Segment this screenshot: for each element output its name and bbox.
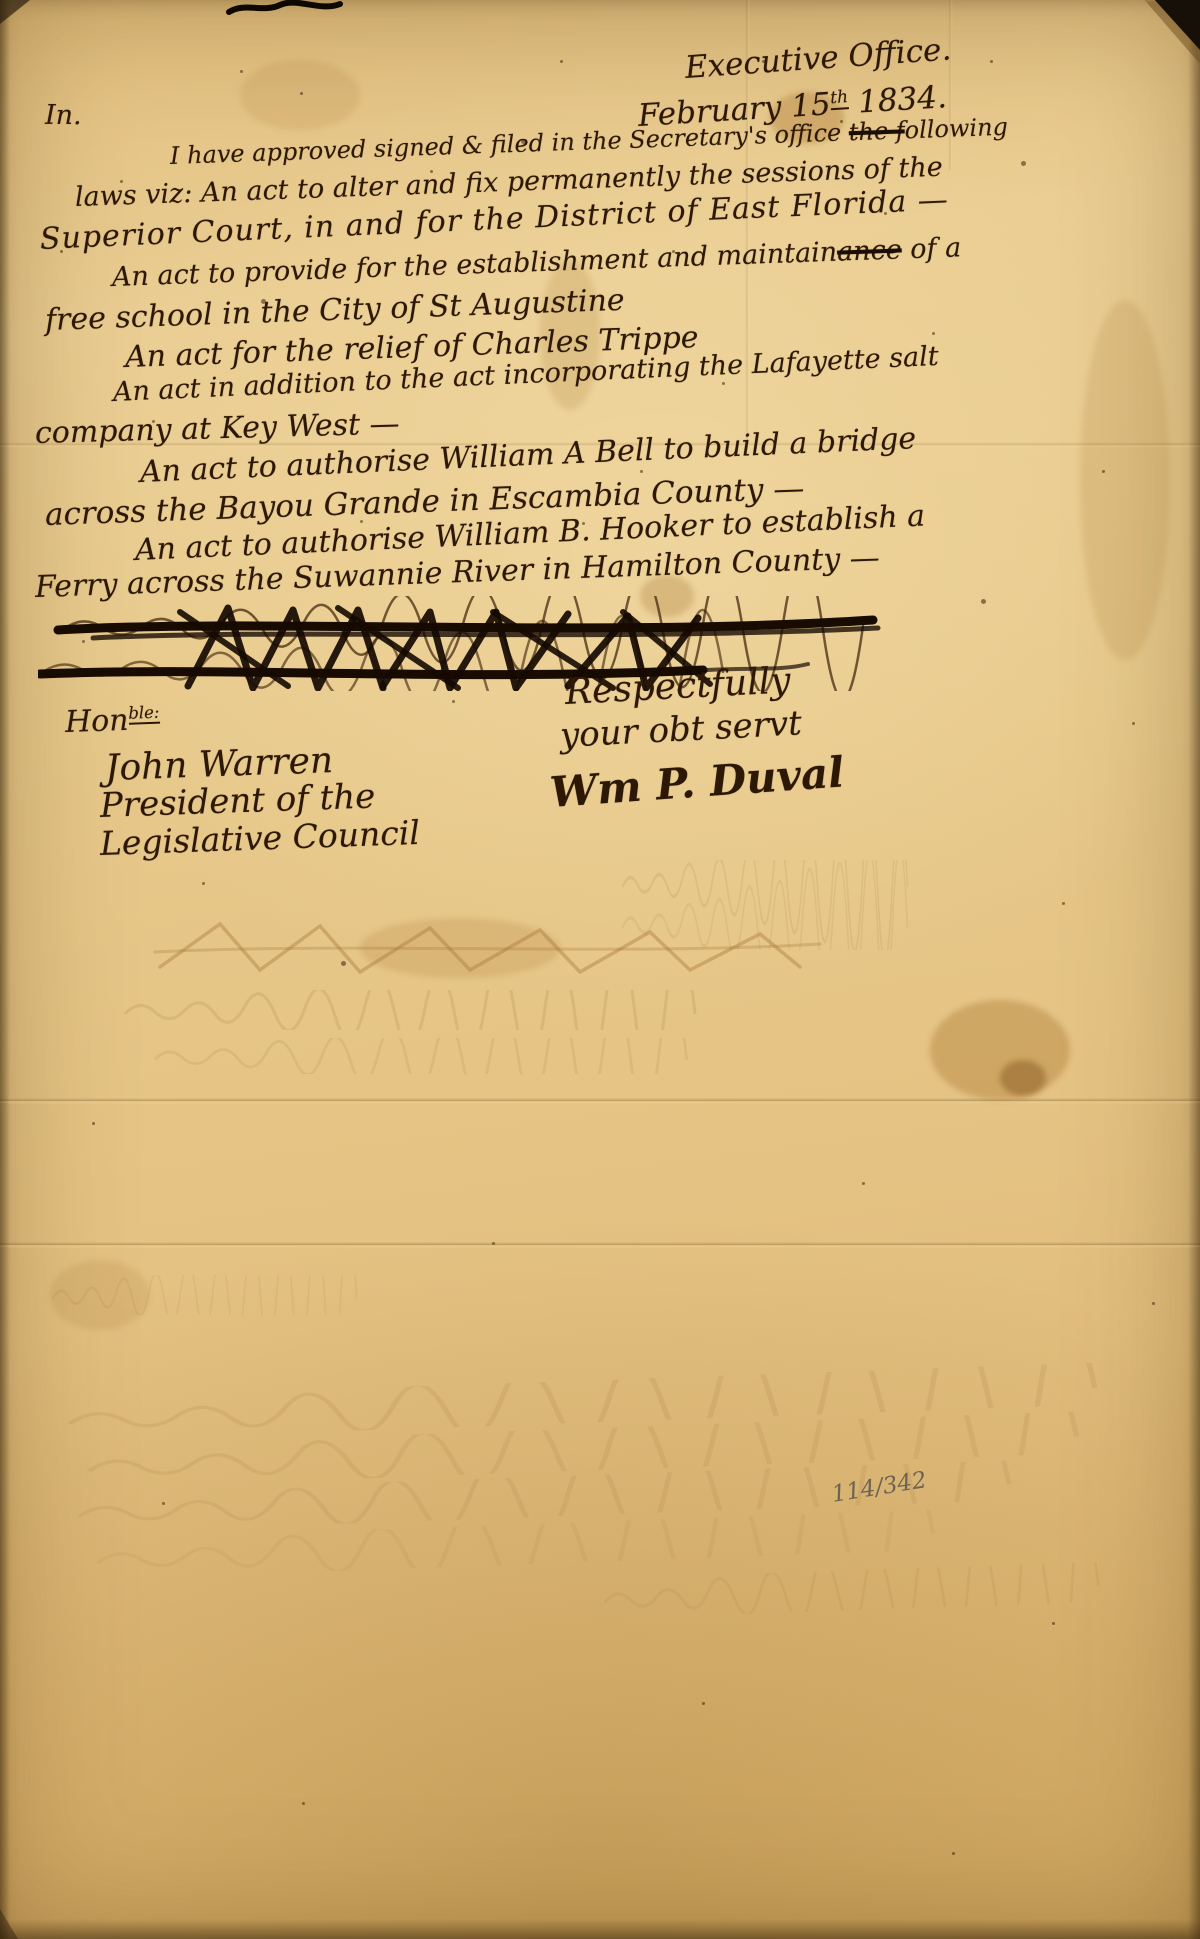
bleedthrough-writing <box>620 860 920 950</box>
addressee-salutation: Honble: <box>64 702 160 740</box>
fold-crease <box>0 1098 1200 1104</box>
fold-crease <box>0 1242 1200 1248</box>
line-text: of a <box>901 232 962 265</box>
margin-note: In. <box>45 100 82 131</box>
date-superscript: th <box>830 87 849 110</box>
stain <box>240 60 360 130</box>
salutation-text: Hon <box>64 703 129 740</box>
struck-word: the f <box>848 116 905 146</box>
stain <box>1000 1060 1046 1096</box>
stain <box>1080 300 1170 660</box>
page-edge <box>0 1919 1200 1939</box>
line-text: ollowing <box>904 113 1008 145</box>
page-edge <box>0 0 10 1939</box>
bleedthrough-writing <box>599 1561 1120 1619</box>
fold-crease <box>948 0 953 170</box>
bleedthrough-writing <box>120 990 720 1030</box>
bleedthrough-writing <box>50 1275 370 1315</box>
salutation-superscript: ble: <box>128 703 160 725</box>
stain <box>930 1000 1070 1100</box>
top-edge-ink <box>225 0 345 16</box>
struck-word: ance <box>837 234 903 267</box>
office-heading: Executive Office. <box>684 31 953 86</box>
signature: Wm P. Duval <box>548 748 845 817</box>
page-edge <box>1188 0 1200 1939</box>
corner-shadow <box>0 0 30 24</box>
bleedthrough-writing <box>150 1038 710 1074</box>
scanned-letter-page: Executive Office. February 15th 1834. In… <box>0 0 1200 1939</box>
